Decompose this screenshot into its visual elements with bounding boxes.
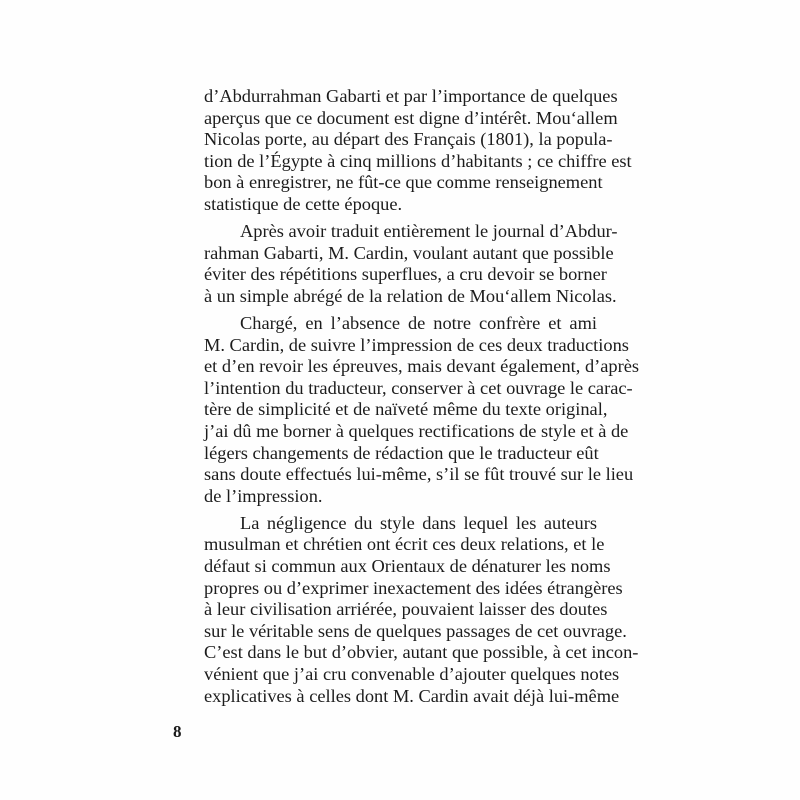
text-line: j’ai dû me borner à quelques rectificati… <box>204 421 597 443</box>
text-line: l’intention du traducteur, conserver à c… <box>204 378 597 400</box>
text-line: musulman et chrétien ont écrit ces deux … <box>204 534 597 556</box>
text-line: explicatives à celles dont M. Cardin ava… <box>204 686 597 708</box>
text-line: bon à enregistrer, ne fût-ce que comme r… <box>204 172 597 194</box>
text-line: M. Cardin, de suivre l’impression de ces… <box>204 335 597 357</box>
text-line: vénient que j’ai cru convenable d’ajoute… <box>204 664 597 686</box>
text-line: propres ou d’exprimer inexactement des i… <box>204 578 597 600</box>
text-line: Après avoir traduit entièrement le journ… <box>204 221 597 243</box>
paragraph-3: Chargé, en l’absence de notre confrère e… <box>204 313 597 507</box>
text-line: aperçus que ce document est digne d’inté… <box>204 108 597 130</box>
paragraph-4: La négligence du style dans lequel les a… <box>204 513 597 707</box>
text-line: La négligence du style dans lequel les a… <box>204 513 597 535</box>
book-page: d’Abdurrahman Gabarti et par l’importanc… <box>0 0 800 800</box>
text-line: Nicolas porte, au départ des Français (1… <box>204 129 597 151</box>
text-line: de l’impression. <box>204 486 597 508</box>
text-line: statistique de cette époque. <box>204 194 597 216</box>
page-number: 8 <box>173 722 182 742</box>
text-line: et d’en revoir les épreuves, mais devant… <box>204 356 597 378</box>
text-line: tère de simplicité et de naïveté même du… <box>204 399 597 421</box>
paragraph-1: d’Abdurrahman Gabarti et par l’importanc… <box>204 86 597 216</box>
body-text: d’Abdurrahman Gabarti et par l’importanc… <box>204 86 597 713</box>
text-line: tion de l’Égypte à cinq millions d’habit… <box>204 151 597 173</box>
text-line: rahman Gabarti, M. Cardin, voulant autan… <box>204 243 597 265</box>
text-line: sur le véritable sens de quelques passag… <box>204 621 597 643</box>
text-line: C’est dans le but d’obvier, autant que p… <box>204 642 597 664</box>
text-line: d’Abdurrahman Gabarti et par l’importanc… <box>204 86 597 108</box>
text-line: à un simple abrégé de la relation de Mou… <box>204 286 597 308</box>
text-line: Chargé, en l’absence de notre confrère e… <box>204 313 597 335</box>
text-line: à leur civilisation arriérée, pouvaient … <box>204 599 597 621</box>
text-line: sans doute effectués lui-même, s’il se f… <box>204 464 597 486</box>
paragraph-2: Après avoir traduit entièrement le journ… <box>204 221 597 307</box>
text-line: légers changements de rédaction que le t… <box>204 443 597 465</box>
text-line: éviter des répétitions superflues, a cru… <box>204 264 597 286</box>
text-line: défaut si commun aux Orientaux de dénatu… <box>204 556 597 578</box>
